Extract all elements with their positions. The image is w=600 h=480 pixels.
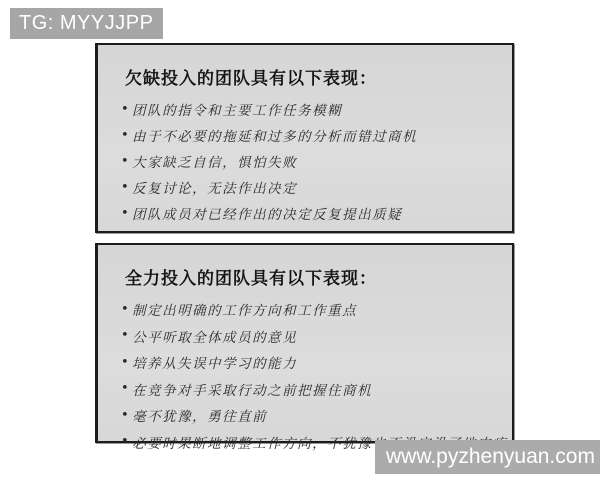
list-item-text: 反复讨论，无法作出决定: [132, 177, 297, 197]
bullet-icon: •: [121, 434, 130, 449]
tg-badge: TG: MYYJJPP: [10, 8, 163, 39]
list-item: • 在竞争对手采取行动之前把握住商机: [121, 376, 502, 403]
bullet-icon: •: [121, 206, 130, 221]
bullet-list: • 制定出明确的工作方向和工作重点 • 公平听取全体成员的意见 • 培养从失误中…: [98, 296, 512, 455]
committed-team-panel: 全力投入的团队具有以下表现： • 制定出明确的工作方向和工作重点 • 公平听取全…: [95, 243, 514, 443]
bullet-list: • 团队的指令和主要工作任务模糊 • 由于不必要的拖延和过多的分析而错过商机 •…: [98, 96, 512, 226]
list-item-text: 团队的指令和主要工作任务模糊: [132, 99, 342, 119]
bullet-icon: •: [121, 128, 130, 143]
list-item: • 制定出明确的工作方向和工作重点: [121, 296, 502, 323]
list-item: • 培养从失误中学习的能力: [121, 349, 502, 376]
bullet-icon: •: [121, 355, 130, 370]
bullet-icon: •: [121, 154, 130, 169]
list-item-text: 培养从失误中学习的能力: [132, 352, 297, 372]
bullet-icon: •: [121, 408, 130, 423]
list-item: • 由于不必要的拖延和过多的分析而错过商机: [121, 122, 502, 148]
uncommitted-team-panel: 欠缺投入的团队具有以下表现： • 团队的指令和主要工作任务模糊 • 由于不必要的…: [95, 43, 514, 233]
bullet-icon: •: [121, 328, 130, 343]
list-item: • 大家缺乏自信，惧怕失败: [121, 148, 502, 174]
list-item-text: 制定出明确的工作方向和工作重点: [132, 299, 357, 319]
list-item-text: 由于不必要的拖延和过多的分析而错过商机: [132, 125, 417, 145]
list-item: • 反复讨论，无法作出决定: [121, 174, 502, 200]
list-item: • 团队成员对已经作出的决定反复提出质疑: [121, 200, 502, 226]
bullet-icon: •: [121, 381, 130, 396]
list-item-text: 公平听取全体成员的意见: [132, 326, 297, 346]
list-item-text: 毫不犹豫，勇往直前: [132, 405, 267, 425]
bullet-icon: •: [121, 102, 130, 117]
list-item-text: 在竞争对手采取行动之前把握住商机: [132, 379, 372, 399]
list-item: • 公平听取全体成员的意见: [121, 323, 502, 350]
list-item: • 毫不犹豫，勇往直前: [121, 402, 502, 429]
bullet-icon: •: [121, 180, 130, 195]
panel-title: 欠缺投入的团队具有以下表现：: [125, 64, 512, 89]
list-item-text: 团队成员对已经作出的决定反复提出质疑: [132, 203, 402, 223]
panel-title: 全力投入的团队具有以下表现：: [125, 264, 512, 289]
bullet-icon: •: [121, 302, 130, 317]
watermark: www.pyzhenyuan.com: [375, 440, 600, 474]
list-item: • 团队的指令和主要工作任务模糊: [121, 96, 502, 122]
list-item-text: 大家缺乏自信，惧怕失败: [132, 151, 297, 171]
